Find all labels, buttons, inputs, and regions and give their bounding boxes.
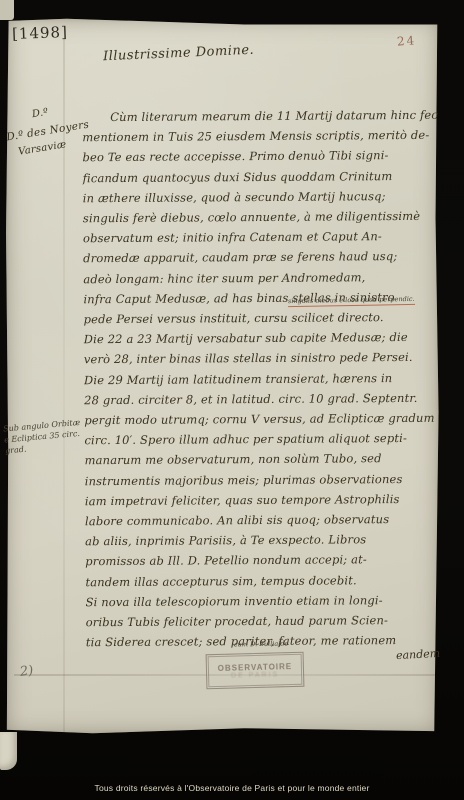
manuscript-line: ab aliis, inprimis Parisiis, à Te exspec… [85,529,441,552]
folio-number: 24 [397,33,417,48]
catalog-number: [1498] [12,23,68,43]
pencil-mark: 2) [19,663,34,680]
manuscript-line: beo Te eas recte accepisse. Primo denuò … [82,145,438,168]
manuscript-line: oribus Tubis feliciter procedat, haud pa… [86,610,442,633]
manuscript-line: labore communicabo. An alibi sis quoq; o… [85,509,441,532]
manuscript-line: dromedæ apparuit, caudam præ se ferens h… [83,246,439,269]
manuscript-line: tandem illas accepturus sim, tempus doce… [85,569,441,592]
manuscript-line: ficandum quantocyus duxi Sidus quoddam C… [83,165,439,188]
manuscript-line: circ. 10′. Spero illum adhuc per spatium… [84,428,440,451]
manuscript-line: 28 grad. circiter 8, et in latitud. circ… [84,388,440,411]
stamp-line2: DE PARIS [231,671,279,679]
archive-stamp: OBSERVATOIRE DE PARIS [206,652,305,690]
manuscript-line: Si nova illa telescopiorum inventio etia… [85,590,441,613]
orbit-margin-note: Sub angulo Orbitæ e Ecliptica 35 circ. g… [3,417,86,457]
manuscript-line: Cùm literarum mearum die 11 Martij datar… [82,105,438,128]
manuscript-line: pergit modo utrumq; cornu V versus, ad E… [84,408,440,431]
interlinear-insertion-2: cum D. Bullialdo [234,640,289,649]
manuscript-line: Die 22 a 23 Martij versabatur sub capite… [84,327,440,350]
catchword: eandem [396,647,441,662]
manuscript-line: manarum me observaturum, non solùm Tubo,… [84,448,440,471]
manuscript-line: adeò longam: hinc iter suum per Andromed… [83,266,439,289]
manuscript-line: iam impetravi feliciter, quas suo tempor… [85,489,441,512]
manuscript-line: pede Persei versus instituit, cursu scil… [84,307,440,330]
manuscript-line: mentionem in Tuis 25 eiusdem Mensis scri… [82,125,438,148]
manuscript-line: in æthere illuxisse, quod à secundo Mart… [83,186,439,209]
manuscript-line: verò 28, inter binas illas stellas in si… [84,347,440,370]
manuscript-line: observatum est; initio infra Catenam et … [83,226,439,249]
letter-body: Cùm literarum mearum die 11 Martij datar… [82,105,442,653]
manuscript-line: promissos ab Ill. D. Petellio nondum acc… [85,549,441,572]
copyright-notice: Tous droits réservés à l'Observatoire de… [0,783,464,793]
next-page-corner [0,732,17,770]
scanned-manuscript-page: [1498] 24 Illustrissime Domine. D.º D.º … [0,0,464,800]
paper-fold-tab [0,0,14,20]
manuscript-line: instrumentis majoribus meis; plurimas ob… [85,468,441,491]
manuscript-line: Die 29 Martij iam latitudinem transierat… [84,367,440,390]
manuscript-line: singulis ferè diebus, cœlo annuente, à m… [83,206,439,229]
